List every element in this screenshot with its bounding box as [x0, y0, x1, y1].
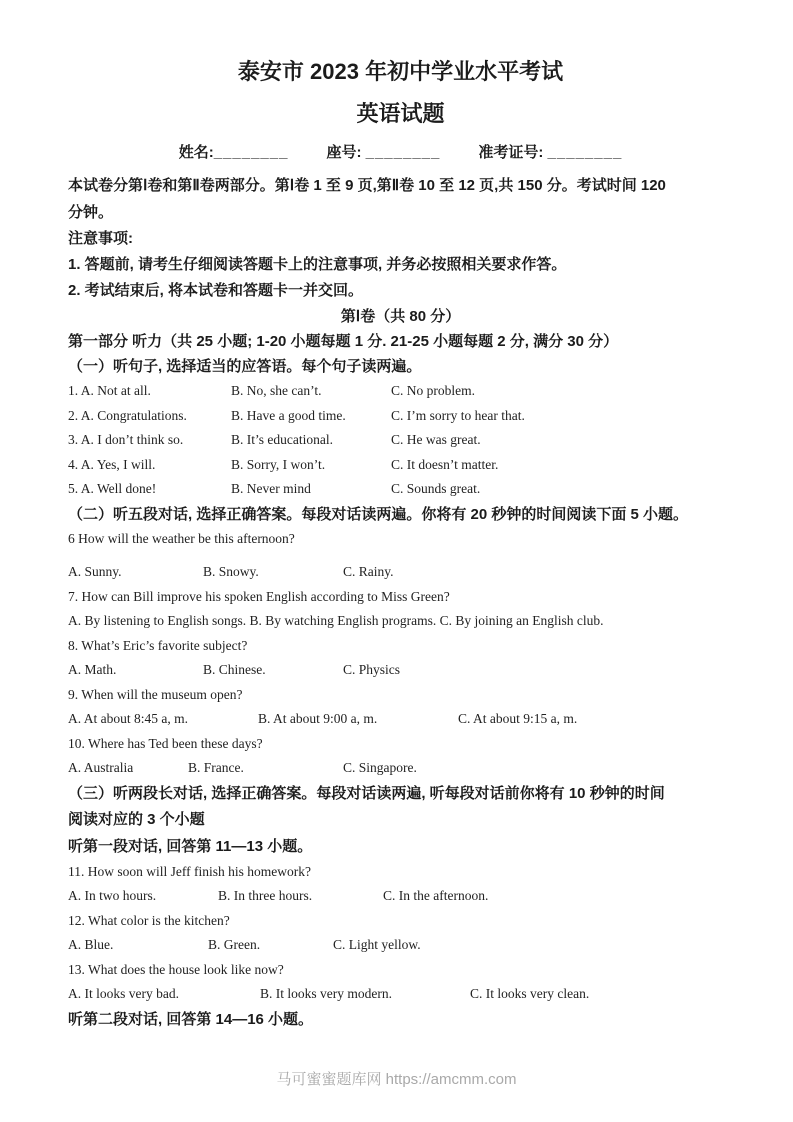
- answer-row-2: 2. A. Congratulations. B. Have a good ti…: [68, 404, 733, 429]
- admission-field-label: 准考证号:: [478, 144, 543, 161]
- section-3-instruction-line-1: （三）听两段长对话, 选择正确答案。每段对话读两遍, 听每段对话前你将有 10 …: [68, 781, 733, 808]
- question-6: 6 How will the weather be this afternoon…: [68, 527, 733, 552]
- option-a: A. At about 8:45 a, m.: [68, 707, 258, 732]
- note-2: 2. 考试结束后, 将本试卷和答题卡一并交回。: [68, 278, 733, 304]
- option-c: C. Light yellow.: [333, 933, 421, 958]
- answer-row-5: 5. A. Well done! B. Never mind C. Sounds…: [68, 477, 733, 502]
- option-c: C. Singapore.: [343, 756, 417, 781]
- answer-row-3: 3. A. I don’t think so. B. It’s educatio…: [68, 428, 733, 453]
- question-6-options: A. Sunny. B. Snowy. C. Rainy.: [68, 560, 733, 585]
- option-c: C. It looks very clean.: [470, 982, 589, 1007]
- option-c: C. No problem.: [391, 379, 475, 404]
- option-c: C. In the afternoon.: [383, 884, 488, 909]
- option-a: 4. A. Yes, I will.: [68, 453, 231, 478]
- option-a: A. Australia: [68, 756, 188, 781]
- option-a: 3. A. I don’t think so.: [68, 428, 231, 453]
- option-b: B. Never mind: [231, 477, 391, 502]
- question-12-options: A. Blue. B. Green. C. Light yellow.: [68, 933, 733, 958]
- option-a: A. In two hours.: [68, 884, 218, 909]
- dialog-2-heading: 听第二段对话, 回答第 14—16 小题。: [68, 1007, 733, 1033]
- option-c: C. Sounds great.: [391, 477, 480, 502]
- question-7-options: A. By listening to English songs. B. By …: [68, 609, 733, 634]
- section-3-instruction-line-2: 阅读对应的 3 个小题: [68, 807, 733, 834]
- question-10: 10. Where has Ted been these days?: [68, 732, 733, 757]
- name-field-blank: ________: [214, 144, 289, 161]
- option-b: B. Green.: [208, 933, 333, 958]
- section-2-instruction: （二）听五段对话, 选择正确答案。每段对话读两遍。你将有 20 秒钟的时间阅读下…: [68, 502, 733, 527]
- question-8: 8. What’s Eric’s favorite subject?: [68, 634, 733, 659]
- question-11-options: A. In two hours. B. In three hours. C. I…: [68, 884, 733, 909]
- seat-field-label: 座号:: [326, 144, 361, 161]
- question-13-options: A. It looks very bad. B. It looks very m…: [68, 982, 733, 1007]
- question-13: 13. What does the house look like now?: [68, 958, 733, 983]
- answer-row-4: 4. A. Yes, I will. B. Sorry, I won’t. C.…: [68, 453, 733, 478]
- question-7: 7. How can Bill improve his spoken Engli…: [68, 585, 733, 610]
- question-9: 9. When will the museum open?: [68, 683, 733, 708]
- option-a: A. Math.: [68, 658, 203, 683]
- option-a: 1. A. Not at all.: [68, 379, 231, 404]
- question-11: 11. How soon will Jeff finish his homewo…: [68, 860, 733, 885]
- option-b: B. No, she can’t.: [231, 379, 391, 404]
- question-9-options: A. At about 8:45 a, m. B. At about 9:00 …: [68, 707, 733, 732]
- volume-1-title: 第Ⅰ卷（共 80 分）: [68, 304, 733, 329]
- option-c: C. Rainy.: [343, 560, 394, 585]
- option-c: C. At about 9:15 a, m.: [458, 707, 577, 732]
- name-field: 姓名:________: [179, 140, 289, 166]
- question-10-options: A. Australia B. France. C. Singapore.: [68, 756, 733, 781]
- option-b: B. It looks very modern.: [260, 982, 470, 1007]
- option-b: B. In three hours.: [218, 884, 383, 909]
- option-a: 2. A. Congratulations.: [68, 404, 231, 429]
- option-a: A. Blue.: [68, 933, 208, 958]
- intro-line-2: 分钟。: [68, 199, 733, 226]
- admission-field: 准考证号: ________: [478, 140, 622, 166]
- exam-page: 泰安市 2023 年初中学业水平考试 英语试题 姓名:________ 座号: …: [0, 0, 793, 1033]
- seat-field-blank: ________: [366, 144, 441, 161]
- section-1-instruction: （一）听句子, 选择适当的应答语。每个句子读两遍。: [68, 354, 733, 379]
- option-b: B. France.: [188, 756, 343, 781]
- exam-subtitle: 英语试题: [68, 100, 733, 128]
- note-1: 1. 答题前, 请考生仔细阅读答题卡上的注意事项, 并务必按照相关要求作答。: [68, 252, 733, 278]
- part-1-title: 第一部分 听力（共 25 小题; 1-20 小题每题 1 分. 21-25 小题…: [68, 329, 733, 354]
- option-b: B. Have a good time.: [231, 404, 391, 429]
- option-b: B. It’s educational.: [231, 428, 391, 453]
- dialog-1-heading: 听第一段对话, 回答第 11—13 小题。: [68, 834, 733, 860]
- option-c: C. He was great.: [391, 428, 481, 453]
- notes-title: 注意事项:: [68, 226, 733, 252]
- option-a: A. It looks very bad.: [68, 982, 260, 1007]
- seat-field: 座号: ________: [326, 140, 440, 166]
- option-b: B. At about 9:00 a, m.: [258, 707, 458, 732]
- intro-line-1: 本试卷分第Ⅰ卷和第Ⅱ卷两部分。第Ⅰ卷 1 至 9 页,第Ⅱ卷 10 至 12 页…: [68, 172, 733, 199]
- name-field-label: 姓名:: [179, 144, 214, 161]
- option-b: B. Chinese.: [203, 658, 343, 683]
- answer-row-1: 1. A. Not at all. B. No, she can’t. C. N…: [68, 379, 733, 404]
- option-a: A. Sunny.: [68, 560, 203, 585]
- question-8-options: A. Math. B. Chinese. C. Physics: [68, 658, 733, 683]
- option-a: 5. A. Well done!: [68, 477, 231, 502]
- option-b: B. Sorry, I won’t.: [231, 453, 391, 478]
- admission-field-blank: ________: [548, 144, 623, 161]
- option-c: C. It doesn’t matter.: [391, 453, 498, 478]
- exam-title: 泰安市 2023 年初中学业水平考试: [68, 58, 733, 86]
- option-b: B. Snowy.: [203, 560, 343, 585]
- option-c: C. Physics: [343, 658, 400, 683]
- candidate-info-line: 姓名:________ 座号: ________ 准考证号: ________: [68, 140, 733, 166]
- question-12: 12. What color is the kitchen?: [68, 909, 733, 934]
- footer-watermark: 马可蜜蜜题库网 https://amcmm.com: [0, 1068, 793, 1089]
- option-c: C. I’m sorry to hear that.: [391, 404, 525, 429]
